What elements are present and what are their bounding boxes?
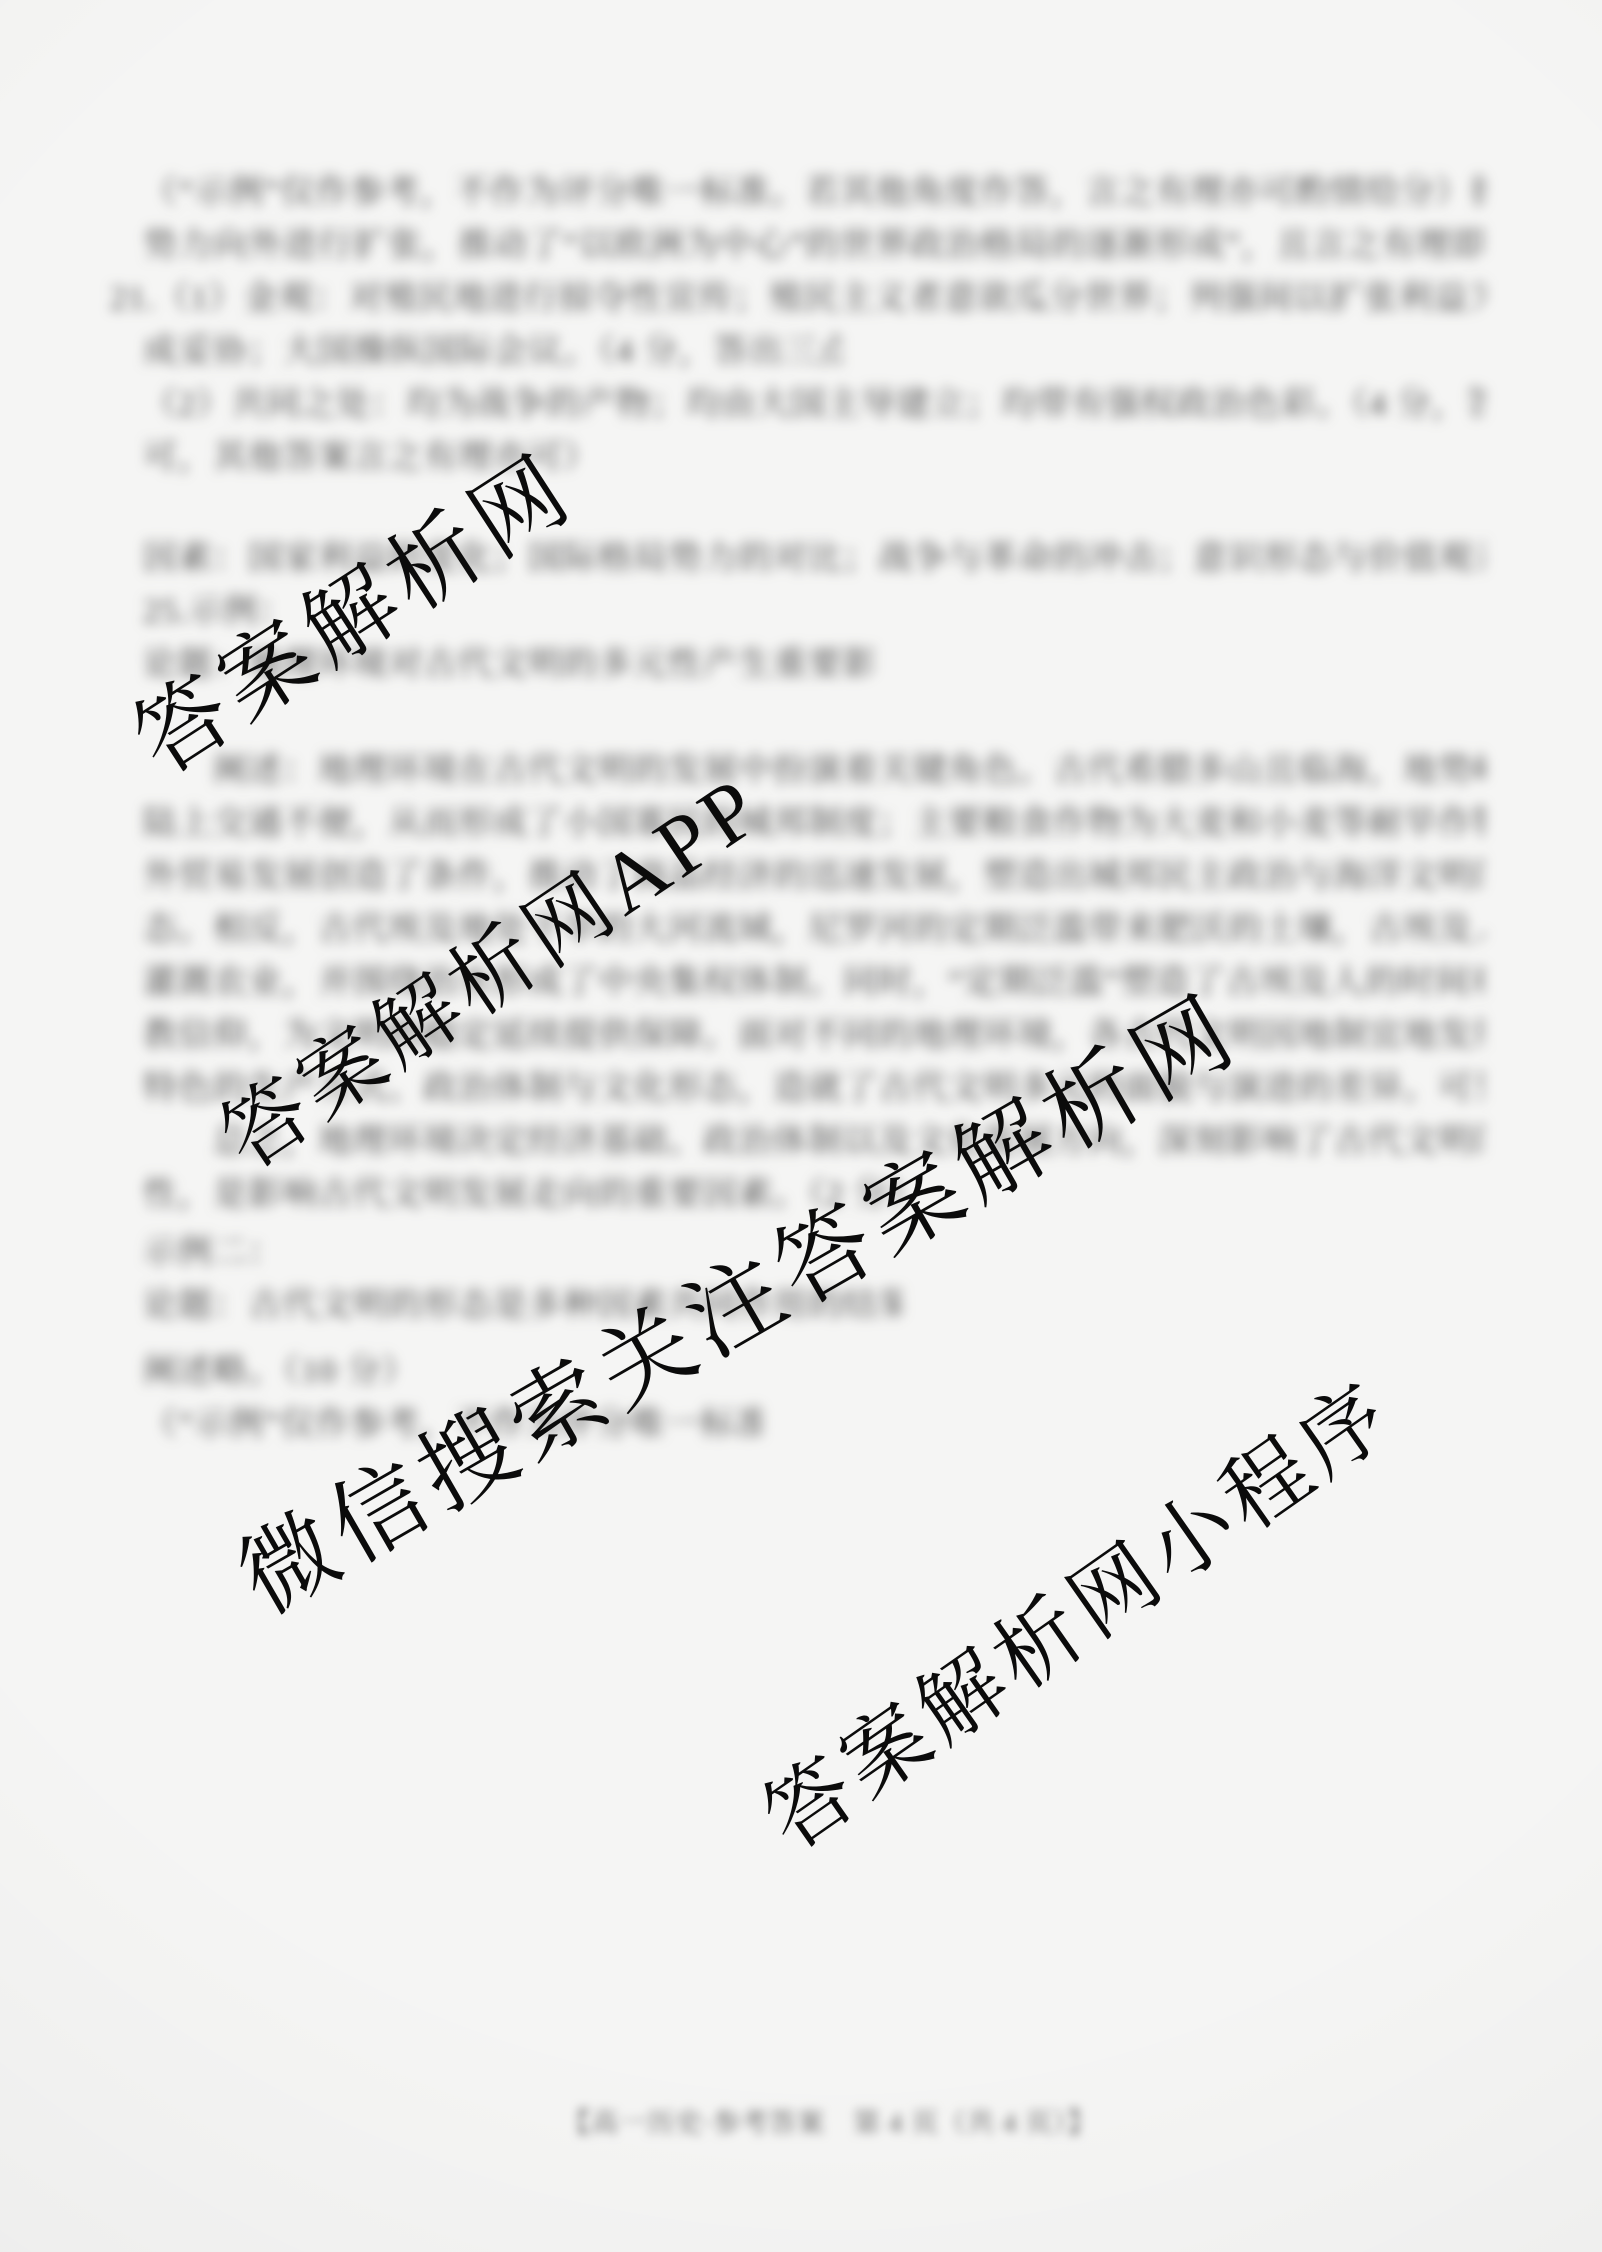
document-body: （“示例”仅作参考，不作为评分唯一标准。若其他角度作答，言之有理亦可酌情给分）德… [0,0,1602,2252]
document-line: 可，其他答案言之有理亦可） [143,435,588,481]
document-line: 灌溉农业，并围绕治水形成了中央集权体制。同时，“定期泛滥”塑造了古埃及人的时间观… [143,960,1485,1006]
document-line: 外贸易发展创造了条件，推动了商品经济的迅速发展，塑造出城邦民主政治与海洋文明的独… [143,854,1485,900]
document-line: 总之，地理环境决定经济基础、政治体制以及文化发展方向，深刻影响了古代文明的多元 [143,1119,1485,1165]
document-line: 25.示例： [143,589,303,635]
document-line: 因素：国家利益的变化；国际格局势力的对比；战争与革命的冲击；意识形态与价值观差异… [143,536,1485,582]
document-line: 陆上交通不便，从而形成了小国寡民的城邦制度；主要粮食作物为大麦和小麦等耐旱作物，… [143,801,1485,847]
document-line: （“示例”仅作参考，不作为评分唯一标准） [143,1402,763,1448]
document-line: 示例二： [143,1230,323,1276]
document-line: 阐述：地理环境在古代文明的发展中扮演着关键角色。古代希腊多山且临海，地势崎岖不平… [143,748,1485,794]
document-line: 教信仰，为文明的稳定延续提供保障。面对不同的地理环境，各古代文明因地制宜地发展出… [143,1013,1485,1059]
document-line: 势力向外进行扩张，推动了“以欧洲为中心”的世界政治格局的逐渐形成”，且言之有理即… [143,223,1485,269]
document-line: 论题：地理环境对古代文明的多元性产生重要影响。（2 分） [143,642,873,688]
document-line: 成妥协；大国操纵国际会议。（4 分，答出三点即可） [143,329,843,375]
document-line: 特色的生产方式、政治体制与文化形态，造就了古代文明多元的面貌与演进的差异。可见，… [143,1066,1485,1112]
document-line: 阐述略。（10 分） [143,1349,473,1395]
document-line: （2）共同之处：均为战争的产物；均由大国主导建立；均带有强权政治色彩。（4 分，… [143,382,1485,428]
document-line: 21.（1）金观：对殖民地进行掠夺性宣传；殖民主义者意欲瓜分世界；列强间以扩张利… [110,276,1485,322]
answer-sheet-page: （“示例”仅作参考，不作为评分唯一标准。若其他角度作答，言之有理亦可酌情给分）德… [0,0,1602,2252]
page-footer: 【高一历史·参考答案 第 4 页（共 4 页）】 [563,2106,1096,2140]
document-line: 性，是影响古代文明发展走向的重要因素。（2 分） [143,1172,953,1218]
document-line: （“示例”仅作参考，不作为评分唯一标准。若其他角度作答，言之有理亦可酌情给分）德… [143,170,1485,216]
document-line: 态。相反，古代埃及地处干旱的大河流域，尼罗河的定期泛滥带来肥沃的土壤，古埃及人发… [143,907,1485,953]
document-line: 论题：古代文明的形态是多种因素共同作用的结果。（3 分） [143,1283,903,1329]
